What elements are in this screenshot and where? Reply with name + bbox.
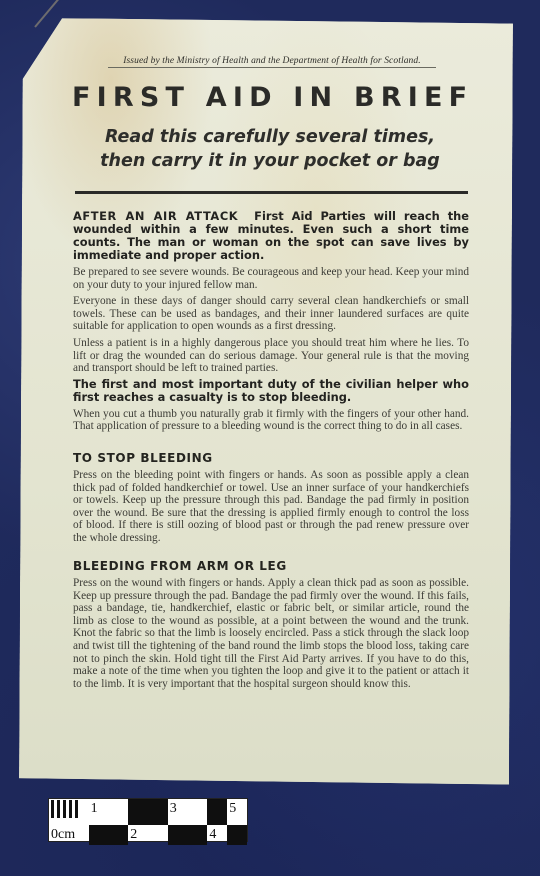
scale-cell: 0cm <box>49 825 89 845</box>
centimetre-scale-bar: 1 3 5 0cm 2 4 <box>48 798 248 842</box>
paragraph: When you cut a thumb you naturally grab … <box>73 408 469 433</box>
section-bleeding-arm-leg: BLEEDING FROM ARM OR LEG Press on the wo… <box>73 559 469 690</box>
tick-marks-icon <box>51 799 81 825</box>
paragraph: Everyone in these days of danger should … <box>73 295 469 333</box>
section-after-air-attack: AFTER AN AIR ATTACK First Aid Parties wi… <box>73 210 469 433</box>
section-text: Press on the wound with fingers or hands… <box>73 577 469 690</box>
subtitle-line-2: then carry it in your pocket or bag <box>80 149 460 173</box>
document-title: FIRST AID IN BRIEF <box>72 82 472 113</box>
title-rule <box>75 191 468 194</box>
lead-paragraph: AFTER AN AIR ATTACK First Aid Parties wi… <box>73 210 469 262</box>
scale-cell <box>89 825 129 845</box>
issued-by-line: Issued by the Ministry of Health and the… <box>108 56 436 68</box>
paragraph: Be prepared to see severe wounds. Be cou… <box>73 266 469 291</box>
scale-cell <box>128 799 168 825</box>
scale-cell: 2 <box>128 825 168 845</box>
scale-cell: 4 <box>207 825 247 845</box>
lead-heading: AFTER AN AIR ATTACK <box>73 209 238 223</box>
scale-label-5: 5 <box>227 799 247 825</box>
document-subtitle: Read this carefully several times, then … <box>80 125 460 173</box>
scale-cell <box>168 825 208 845</box>
section-heading: BLEEDING FROM ARM OR LEG <box>73 559 469 573</box>
section-to-stop-bleeding: TO STOP BLEEDING Press on the bleeding p… <box>73 451 469 545</box>
subtitle-line-1: Read this carefully several times, <box>80 125 460 149</box>
paragraph: Unless a patient is in a highly dangerou… <box>73 337 469 375</box>
section-text: Press on the bleeding point with fingers… <box>73 469 469 545</box>
scale-cell: 3 <box>168 799 208 825</box>
scale-cell: 5 <box>207 799 247 825</box>
scale-label-4: 4 <box>207 825 227 845</box>
scale-ticks <box>49 799 89 825</box>
section-heading: TO STOP BLEEDING <box>73 451 469 465</box>
scale-cell: 1 <box>89 799 129 825</box>
emphasis-paragraph: The first and most important duty of the… <box>73 378 469 404</box>
